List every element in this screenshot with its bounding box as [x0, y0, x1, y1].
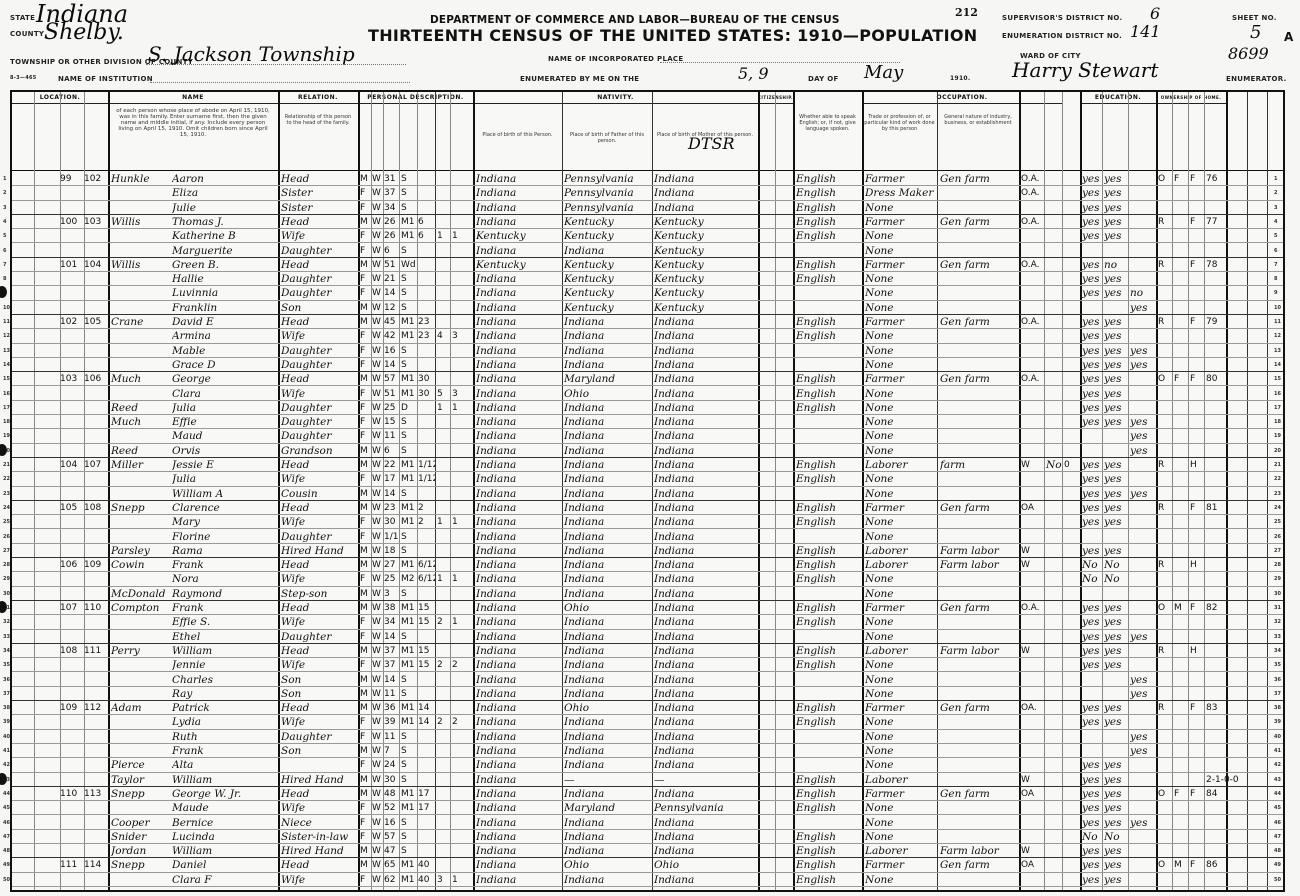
line-number-right: 13	[1274, 348, 1281, 354]
cell-trade: Farmer	[865, 787, 937, 801]
cell-dwelling	[60, 244, 84, 258]
cell-sched	[1206, 358, 1266, 372]
cell-pob: Indiana	[476, 801, 562, 815]
cell-fpob: Indiana	[564, 630, 652, 644]
cell-relation	[281, 758, 358, 772]
cell-family	[84, 816, 108, 830]
cell-write: yes	[1104, 286, 1128, 300]
cell-dwelling	[60, 472, 84, 486]
cell-relation: Head	[281, 787, 358, 801]
cell-living	[452, 530, 472, 544]
cell-weeks	[1064, 401, 1080, 415]
cell-sex: F	[360, 201, 371, 215]
line-number-left: 32	[3, 619, 10, 625]
line-number-right: 23	[1274, 491, 1281, 497]
cell-mpob: Indiana	[654, 444, 758, 458]
cell-sex: F	[360, 229, 371, 243]
cell-write: yes	[1104, 315, 1128, 329]
cell-race: W	[372, 286, 383, 300]
cell-industry	[940, 816, 1019, 830]
table-row: 1313MableDaughterFW16SIndianaIndianaIndi…	[12, 344, 1283, 358]
cell-fpob: Ohio	[564, 387, 652, 401]
cell-farm: F	[1190, 858, 1204, 872]
cell-race: W	[372, 644, 383, 658]
cell-sched: 86	[1206, 858, 1266, 872]
cell-write: yes	[1104, 201, 1128, 215]
cell-fpob: Indiana	[564, 844, 652, 858]
cell-school: yes	[1130, 630, 1156, 644]
cell-farm	[1190, 444, 1204, 458]
cell-fpob: Indiana	[564, 558, 652, 572]
cell-age: 6	[384, 444, 399, 458]
cell-age: 15	[384, 415, 399, 429]
cell-sex: M	[360, 215, 371, 229]
cell-surname: Perry	[111, 644, 171, 658]
cell-industry	[940, 429, 1019, 443]
cell-farm: F	[1190, 172, 1204, 186]
cell-out	[1046, 429, 1062, 443]
cell-free	[1174, 244, 1188, 258]
cell-family: 108	[84, 501, 108, 515]
cell-born: 3	[437, 873, 450, 887]
cell-relation: Wife	[281, 658, 358, 672]
cell-born	[437, 172, 450, 186]
cell-relation: Head	[281, 258, 358, 272]
cell-marital: S	[401, 773, 417, 787]
cell-class: O.A.	[1021, 372, 1044, 386]
cell-out	[1046, 372, 1062, 386]
table-row: 4747SniderLucindaSister-in-lawFW57SIndia…	[12, 830, 1283, 844]
month-value: May	[864, 62, 903, 83]
cell-sched	[1206, 644, 1266, 658]
cell-mpob: Indiana	[654, 873, 758, 887]
cell-industry: Gen farm	[940, 858, 1019, 872]
cell-school	[1130, 215, 1156, 229]
cell-industry: Gen farm	[940, 701, 1019, 715]
cell-free	[1174, 673, 1188, 687]
line-number-left: 30	[3, 591, 10, 597]
township-underline	[146, 64, 406, 65]
cell-race: W	[372, 472, 383, 486]
cell-sched	[1206, 544, 1266, 558]
cell-own	[1158, 272, 1172, 286]
line-number-right: 12	[1274, 333, 1281, 339]
cell-mpob: Ohio	[654, 858, 758, 872]
cell-dwelling	[60, 415, 84, 429]
cell-farm	[1190, 615, 1204, 629]
cell-sex: F	[360, 429, 371, 443]
cell-school: yes	[1130, 730, 1156, 744]
cell-weeks	[1064, 630, 1080, 644]
cell-given: Marguerite	[172, 244, 278, 258]
cell-mpob: Indiana	[654, 186, 758, 200]
cell-weeks	[1064, 730, 1080, 744]
cell-free	[1174, 258, 1188, 272]
cell-given: Rama	[172, 544, 278, 558]
cell-race: W	[372, 358, 383, 372]
group-personal: PERSONAL DESCRIPTION.	[358, 92, 473, 104]
cell-race: W	[372, 558, 383, 572]
line-number-left: 45	[3, 805, 10, 811]
cell-pob: Indiana	[476, 315, 562, 329]
cell-sex: F	[360, 244, 371, 258]
cell-sex: F	[360, 873, 371, 887]
cell-mpob: Indiana	[654, 744, 758, 758]
cell-fpob: Indiana	[564, 687, 652, 701]
cell-own: R	[1158, 315, 1172, 329]
cell-read: yes	[1082, 758, 1102, 772]
cell-mpob: Indiana	[654, 344, 758, 358]
cell-industry	[940, 773, 1019, 787]
line-number-right: 34	[1274, 648, 1281, 654]
cell-pob: Indiana	[476, 301, 562, 315]
cell-sex: F	[360, 286, 371, 300]
cell-read	[1082, 730, 1102, 744]
cell-mpob: Indiana	[654, 758, 758, 772]
line-number-left: 44	[3, 791, 10, 797]
table-row: 3838109112AdamPatrickHeadMW36M114Indiana…	[12, 701, 1283, 715]
cell-family	[84, 615, 108, 629]
cell-given: Mary	[172, 515, 278, 529]
cell-out	[1046, 487, 1062, 501]
cell-lang: English	[796, 544, 862, 558]
cell-dwelling	[60, 329, 84, 343]
cell-race: W	[372, 673, 383, 687]
cell-sched	[1206, 415, 1266, 429]
cell-free	[1174, 844, 1188, 858]
cell-marital: M1	[401, 715, 417, 729]
cell-school	[1130, 544, 1156, 558]
table-row: 3333EthelDaughterFW14SIndianaIndianaIndi…	[12, 630, 1283, 644]
cell-relation: Wife	[281, 387, 358, 401]
cell-lang: English	[796, 873, 862, 887]
cell-trade: None	[865, 244, 937, 258]
cell-race: W	[372, 415, 383, 429]
line-number-left: 7	[3, 262, 6, 268]
cell-surname: Snepp	[111, 858, 171, 872]
line-number-right: 42	[1274, 762, 1281, 768]
cell-sex: M	[360, 744, 371, 758]
cell-lang: English	[796, 172, 862, 186]
cell-free	[1174, 186, 1188, 200]
cell-family	[84, 444, 108, 458]
cell-free	[1174, 615, 1188, 629]
cell-marital: M1	[401, 372, 417, 386]
cell-class: W	[1021, 644, 1044, 658]
table-row: 2727ParsleyRamaHired HandMW18SIndianaInd…	[12, 544, 1283, 558]
cell-born	[437, 758, 450, 772]
table-row: 66MargueriteDaughterFW6SIndianaIndianaKe…	[12, 244, 1283, 258]
cell-own	[1158, 429, 1172, 443]
cell-given: Armina	[172, 329, 278, 343]
cell-sched	[1206, 344, 1266, 358]
cell-write: yes	[1104, 644, 1128, 658]
cell-dwelling: 104	[60, 458, 84, 472]
cell-relation: Step-son	[281, 587, 358, 601]
cell-mpob: Indiana	[654, 501, 758, 515]
cell-race: W	[372, 544, 383, 558]
line-number-left: 17	[3, 405, 10, 411]
cell-out	[1046, 501, 1062, 515]
cell-born	[437, 858, 450, 872]
cell-sex: F	[360, 415, 371, 429]
cell-mpob: Indiana	[654, 687, 758, 701]
cell-relation: Daughter	[281, 244, 358, 258]
cell-sex: F	[360, 730, 371, 744]
cell-marital: S	[401, 244, 417, 258]
cell-weeks	[1064, 201, 1080, 215]
cell-own: R	[1158, 258, 1172, 272]
cell-trade: None	[865, 415, 937, 429]
cell-school	[1130, 830, 1156, 844]
cell-free: F	[1174, 172, 1188, 186]
line-number-left: 27	[3, 548, 10, 554]
cell-free: M	[1174, 858, 1188, 872]
cell-race: W	[372, 830, 383, 844]
cell-trade: None	[865, 515, 937, 529]
line-number-left: 16	[3, 391, 10, 397]
table-row: 4545MaudeWifeFW52M117IndianaMarylandPenn…	[12, 801, 1283, 815]
cell-surname: Willis	[111, 258, 171, 272]
cell-farm	[1190, 387, 1204, 401]
cell-write: yes	[1104, 186, 1128, 200]
cell-read: yes	[1082, 315, 1102, 329]
cell-out	[1046, 572, 1062, 586]
table-row: 44100103WillisThomas J.HeadMW26M16Indian…	[12, 215, 1283, 229]
ward-label: Ward of city	[1020, 52, 1081, 60]
cell-given: Alta	[172, 758, 278, 772]
cell-living: 2	[452, 658, 472, 672]
cell-race: W	[372, 244, 383, 258]
cell-write: No	[1104, 572, 1128, 586]
cell-surname	[111, 873, 171, 887]
cell-born	[437, 358, 450, 372]
cell-race: W	[372, 186, 383, 200]
table-row: 3636CharlesSonMW14SIndianaIndianaIndiana…	[12, 673, 1283, 687]
cell-mpob: Indiana	[654, 329, 758, 343]
cell-mpob: Kentucky	[654, 244, 758, 258]
cell-marital: M1	[401, 558, 417, 572]
cell-own	[1158, 730, 1172, 744]
line-number-right: 40	[1274, 734, 1281, 740]
cell-family	[84, 272, 108, 286]
cell-own	[1158, 487, 1172, 501]
cell-race: W	[372, 429, 383, 443]
cell-read: yes	[1082, 329, 1102, 343]
table-row: 2828106109CowinFrankHeadMW27M16/12Indian…	[12, 558, 1283, 572]
cell-relation: Head	[281, 858, 358, 872]
cell-age: 57	[384, 830, 399, 844]
cell-pob: Indiana	[476, 401, 562, 415]
cell-free	[1174, 830, 1188, 844]
line-number-left: 11	[3, 319, 10, 325]
cell-out	[1046, 830, 1062, 844]
cell-own	[1158, 572, 1172, 586]
cell-living	[452, 172, 472, 186]
cell-out	[1046, 744, 1062, 758]
cell-lang: English	[796, 472, 862, 486]
cell-yrs: 6	[418, 229, 435, 243]
cell-fpob: Indiana	[564, 444, 652, 458]
cell-free	[1174, 286, 1188, 300]
cell-dwelling	[60, 744, 84, 758]
cell-weeks	[1064, 329, 1080, 343]
cell-farm	[1190, 844, 1204, 858]
cell-read	[1082, 244, 1102, 258]
cell-lang	[796, 587, 862, 601]
cell-mpob: Kentucky	[654, 258, 758, 272]
cell-own	[1158, 615, 1172, 629]
line-number-right: 9	[1274, 290, 1277, 296]
cell-lang: English	[796, 329, 862, 343]
cell-born	[437, 201, 450, 215]
cell-farm: F	[1190, 601, 1204, 615]
cell-living	[452, 844, 472, 858]
cell-yrs: 1/12	[418, 472, 435, 486]
cell-class	[1021, 358, 1044, 372]
cell-dwelling	[60, 658, 84, 672]
table-row: 2020ReedOrvisGrandsonMW6SIndianaIndianaI…	[12, 444, 1283, 458]
cell-school	[1130, 787, 1156, 801]
cell-mpob: Indiana	[654, 673, 758, 687]
cell-lang: English	[796, 372, 862, 386]
supervisor-district-label: Supervisor's District No.	[1002, 14, 1122, 22]
cell-marital: S	[401, 844, 417, 858]
cell-mpob: Indiana	[654, 415, 758, 429]
cell-age: 34	[384, 201, 399, 215]
cell-race: W	[372, 315, 383, 329]
cell-sched	[1206, 444, 1266, 458]
table-row: 1616ClaraWifeFW51M13053IndianaOhioIndian…	[12, 387, 1283, 401]
cell-family	[84, 773, 108, 787]
cell-farm	[1190, 744, 1204, 758]
cell-write	[1104, 587, 1128, 601]
table-row: 2222JuliaWifeFW17M11/12IndianaIndianaInd…	[12, 472, 1283, 486]
cell-lang: English	[796, 615, 862, 629]
cell-living: 3	[452, 329, 472, 343]
cell-given: Eliza	[172, 186, 278, 200]
cell-class	[1021, 286, 1044, 300]
cell-industry	[940, 229, 1019, 243]
cell-given: Clarence	[172, 501, 278, 515]
cell-trade: Laborer	[865, 458, 937, 472]
cell-surname: Hunkle	[111, 172, 171, 186]
cell-surname	[111, 358, 171, 372]
cell-yrs	[418, 358, 435, 372]
cell-born	[437, 215, 450, 229]
cell-yrs: 14	[418, 715, 435, 729]
cell-weeks	[1064, 873, 1080, 887]
header-rule	[12, 170, 1283, 171]
cell-age: 18	[384, 544, 399, 558]
cell-sched	[1206, 801, 1266, 815]
cell-age: 14	[384, 286, 399, 300]
cell-relation: Daughter	[281, 286, 358, 300]
cell-lang	[796, 301, 862, 315]
cell-sex: M	[360, 687, 371, 701]
cell-sex: M	[360, 601, 371, 615]
cell-relation: Head	[281, 315, 358, 329]
cell-out	[1046, 229, 1062, 243]
cell-class	[1021, 744, 1044, 758]
cell-pob: Indiana	[476, 344, 562, 358]
line-number-right: 43	[1274, 777, 1281, 783]
cell-race: W	[372, 816, 383, 830]
cell-family	[84, 844, 108, 858]
cell-living	[452, 301, 472, 315]
cell-trade: None	[865, 344, 937, 358]
cell-sched	[1206, 229, 1266, 243]
cell-sex: M	[360, 644, 371, 658]
cell-pob: Indiana	[476, 787, 562, 801]
line-number-left: 36	[3, 677, 10, 683]
table-row: 4242PierceAltaFW24SIndianaIndianaIndiana…	[12, 758, 1283, 772]
cell-free	[1174, 572, 1188, 586]
cell-marital: M1	[401, 615, 417, 629]
table-row: 1010FranklinSonMW12SIndianaKentuckyKentu…	[12, 301, 1283, 315]
cell-surname	[111, 572, 171, 586]
cell-marital: S	[401, 587, 417, 601]
cell-lang: English	[796, 515, 862, 529]
cell-weeks	[1064, 501, 1080, 515]
line-number-left: 50	[3, 877, 10, 883]
cell-born: 1	[437, 572, 450, 586]
cell-class	[1021, 801, 1044, 815]
cell-race: W	[372, 515, 383, 529]
cell-family	[84, 873, 108, 887]
cell-school: yes	[1130, 673, 1156, 687]
cell-marital: M1	[401, 501, 417, 515]
cell-yrs	[418, 286, 435, 300]
cell-class	[1021, 444, 1044, 458]
cell-read: yes	[1082, 544, 1102, 558]
cell-weeks	[1064, 286, 1080, 300]
cell-living	[452, 787, 472, 801]
line-number-right: 15	[1274, 376, 1281, 382]
cell-surname: Crane	[111, 315, 171, 329]
cell-living	[452, 415, 472, 429]
cell-born	[437, 272, 450, 286]
line-number-left: 23	[3, 491, 10, 497]
cell-mpob: Indiana	[654, 315, 758, 329]
cell-school: yes	[1130, 358, 1156, 372]
cell-free	[1174, 344, 1188, 358]
cell-school: yes	[1130, 744, 1156, 758]
cell-pob: Indiana	[476, 458, 562, 472]
cell-read: yes	[1082, 858, 1102, 872]
cell-relation: Wife	[281, 715, 358, 729]
cell-pob: Indiana	[476, 615, 562, 629]
line-number-right: 11	[1274, 319, 1281, 325]
cell-race: W	[372, 701, 383, 715]
cell-class: OA	[1021, 501, 1044, 515]
language-header: Whether able to speak English; or, if no…	[793, 112, 862, 152]
cell-marital: M1	[401, 701, 417, 715]
cell-family	[84, 487, 108, 501]
cell-read	[1082, 673, 1102, 687]
cell-dwelling: 99	[60, 172, 84, 186]
cell-surname: Adam	[111, 701, 171, 715]
cell-farm	[1190, 229, 1204, 243]
cell-yrs	[418, 258, 435, 272]
census-table: LOCATION. NAME RELATION. PERSONAL DESCRI…	[10, 90, 1285, 892]
table-row: 1111102105CraneDavid EHeadMW45M123Indian…	[12, 315, 1283, 329]
cell-age: 26	[384, 215, 399, 229]
cell-sched	[1206, 658, 1266, 672]
cell-farm	[1190, 272, 1204, 286]
cell-surname	[111, 201, 171, 215]
cell-dwelling	[60, 773, 84, 787]
